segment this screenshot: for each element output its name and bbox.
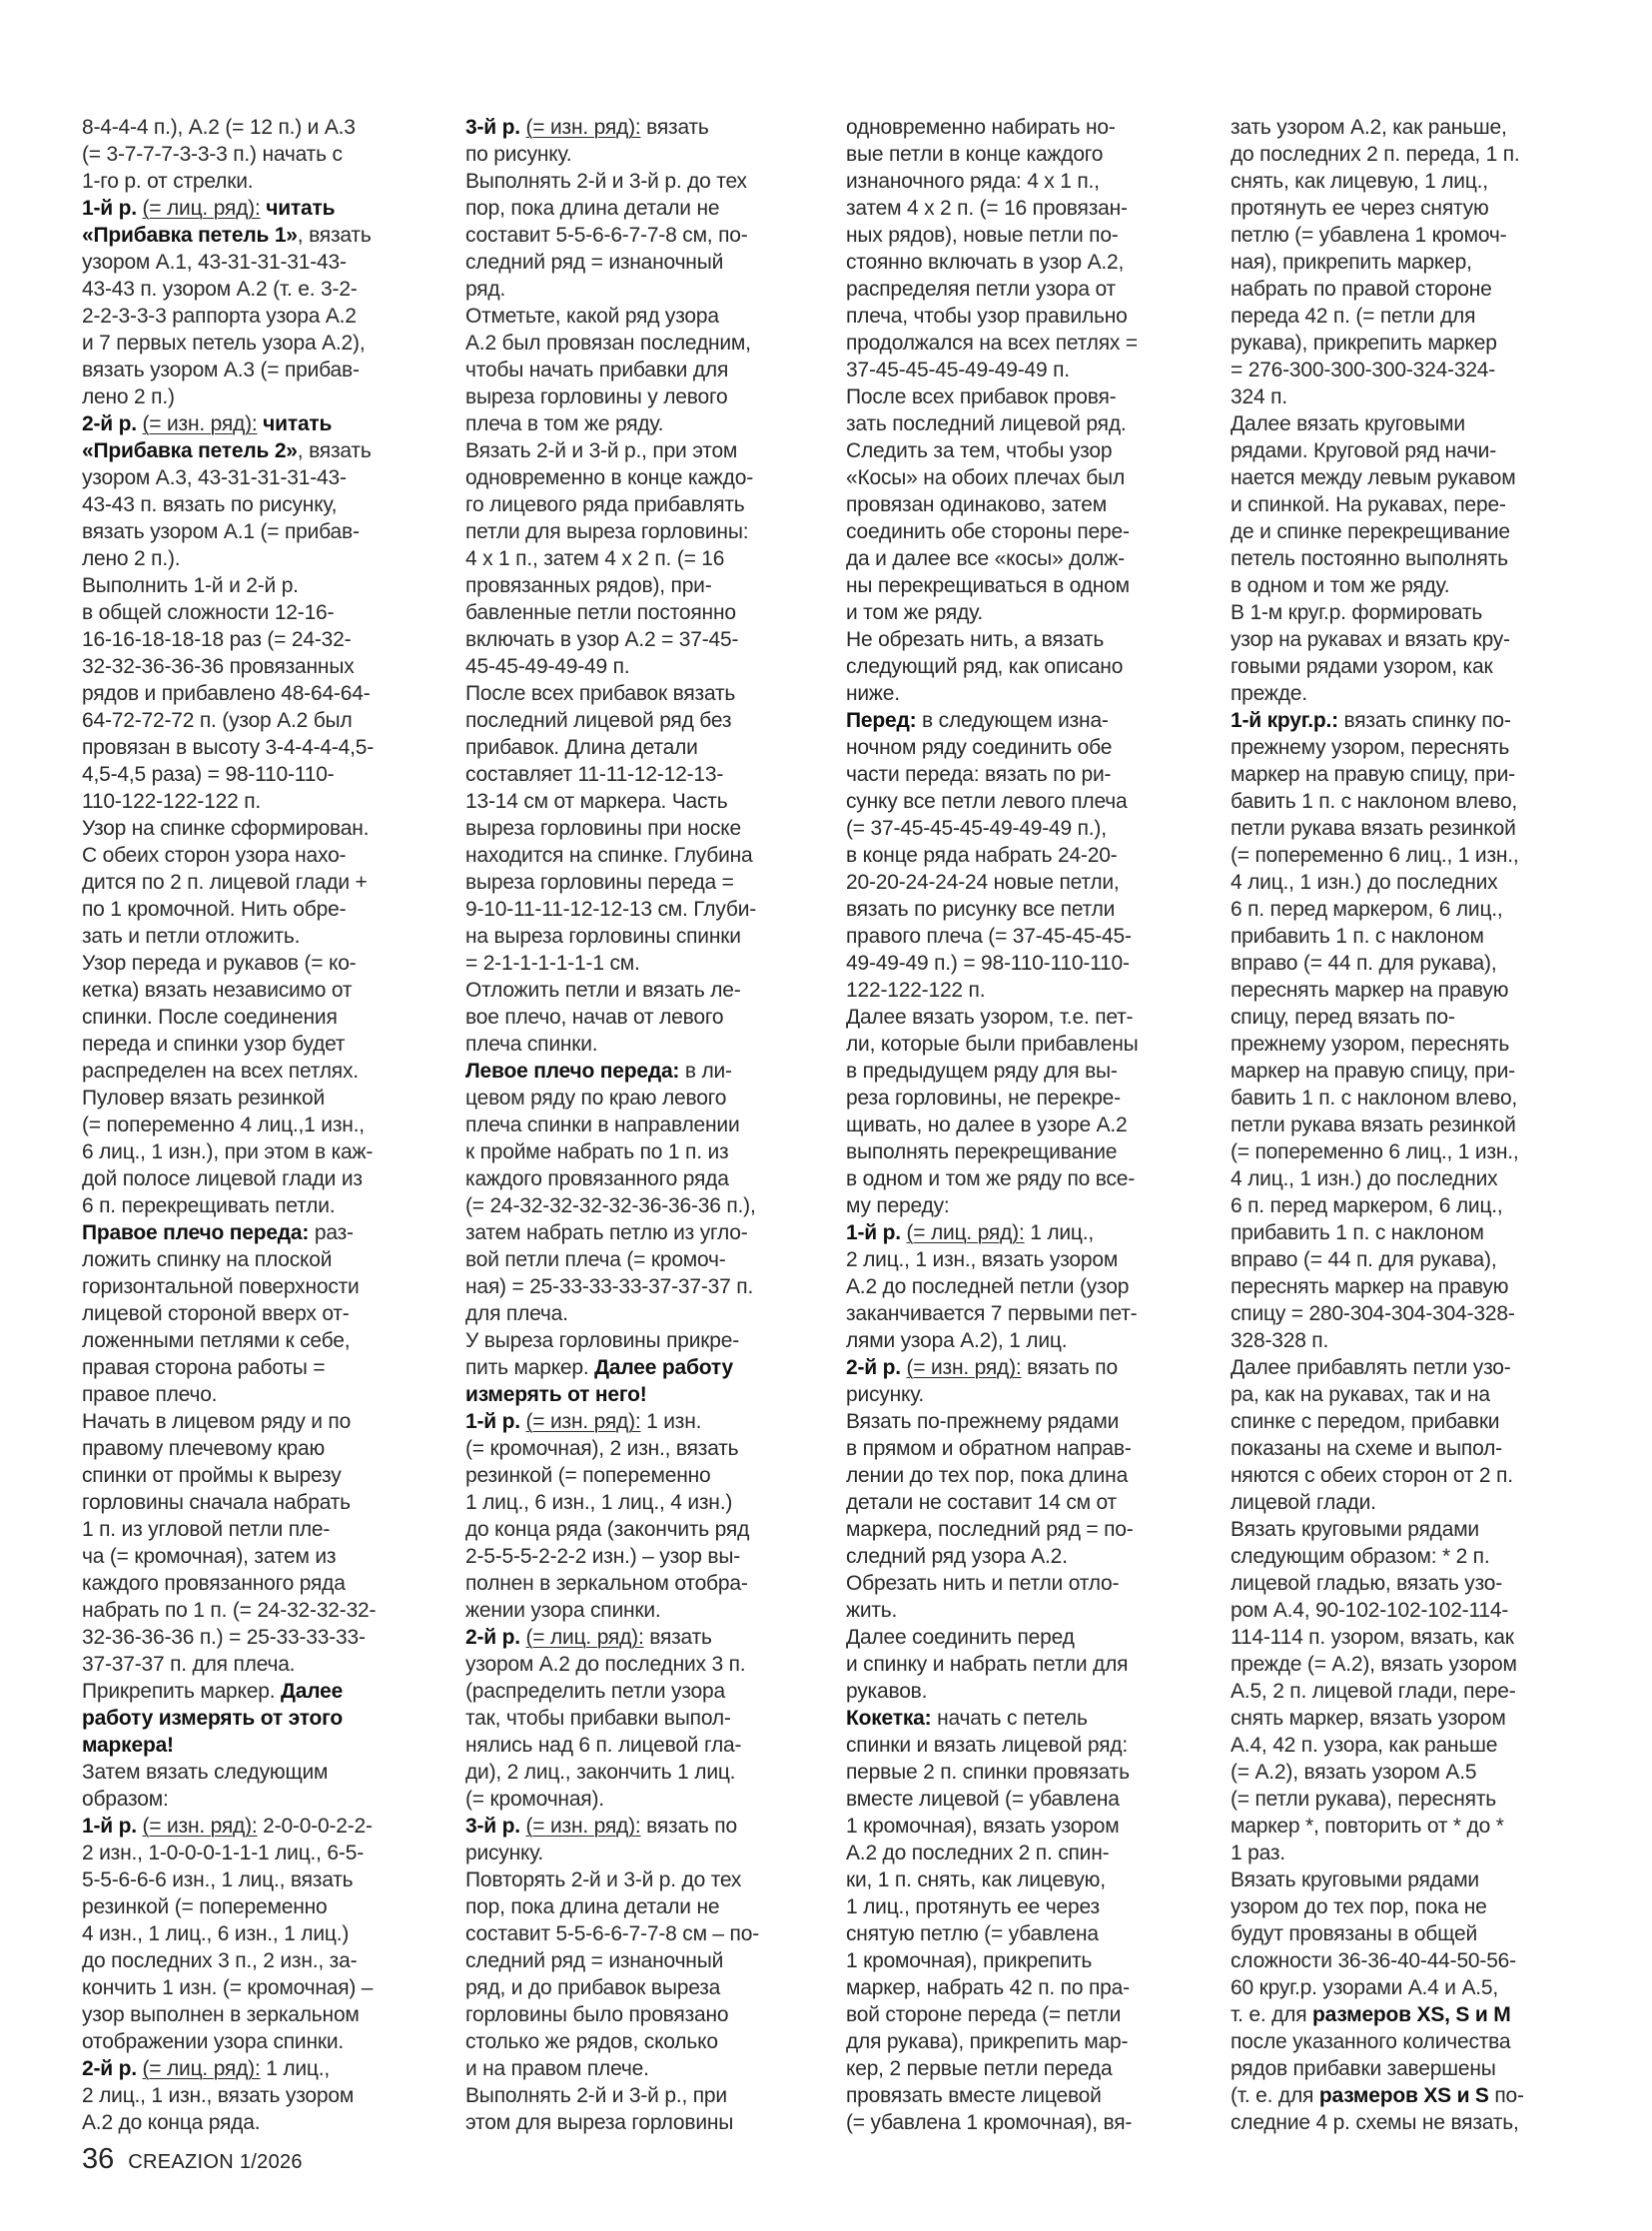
- text-segment: узором А.1, 43-31-31-31-43-: [82, 251, 347, 274]
- text-line: 1 лиц., 6 изн., 1 лиц., 4 изн.): [465, 1489, 845, 1516]
- text-line: ных рядов), новые петли по-: [846, 222, 1226, 249]
- text-line: бавить 1 п. с наклоном влево,: [1231, 1085, 1610, 1112]
- text-line: лено 2 п.).: [82, 545, 461, 572]
- text-line: и спинку и набрать петли для: [846, 1651, 1226, 1678]
- text-line: резинкой (= попеременно: [465, 1462, 845, 1489]
- text-segment: снять маркер, вязать узором: [1231, 1707, 1506, 1730]
- text-segment: Затем вязать следующим: [82, 1761, 328, 1784]
- text-line: Далее соединить перед: [846, 1624, 1226, 1651]
- bold-text: 2-й р.: [846, 1356, 907, 1379]
- text-line: выполнять перекрещивание: [846, 1138, 1226, 1165]
- text-line: одновременно набирать но-: [846, 114, 1226, 141]
- underlined-text: (= лиц. ряд):: [143, 197, 261, 220]
- text-line: вместе лицевой (= убавлена: [846, 1786, 1226, 1813]
- bold-text: измерять от него!: [465, 1383, 647, 1406]
- text-line: 122-122-122 п.: [846, 977, 1226, 1004]
- text-line: 1-й р. (= лиц. ряд): читать: [82, 195, 461, 222]
- text-line: набрать по правой стороне: [1231, 276, 1610, 303]
- text-segment: Следить за тем, чтобы узор: [846, 439, 1112, 462]
- text-line: распределен на всех петлях.: [82, 1058, 461, 1085]
- bold-text: 1-й р.: [82, 197, 143, 220]
- text-segment: включать в узор А.2 = 37-45-: [465, 628, 738, 651]
- text-line: дой полосе лицевой глади из: [82, 1165, 461, 1192]
- text-segment: резинкой (= попеременно: [82, 1895, 327, 1918]
- text-segment: (= кромочная), 2 изн., вязать: [465, 1437, 738, 1460]
- text-line: одновременно в конце каждо-: [465, 464, 845, 491]
- text-line: ночном ряду соединить обе: [846, 734, 1226, 761]
- text-line: полнен в зеркальном отобра-: [465, 1570, 845, 1597]
- underlined-text: (= изн. ряд):: [526, 116, 641, 139]
- text-segment: нялись над 6 п. лицевой гла-: [465, 1734, 741, 1757]
- text-line: ли, которые были прибавлены: [846, 1031, 1226, 1058]
- text-line: отображении узора спинки.: [82, 2028, 461, 2055]
- text-line: ряд, и до прибавок выреза: [465, 1974, 845, 2001]
- text-line: измерять от него!: [465, 1381, 845, 1408]
- text-line: Повторять 2-й и 3-й р. до тех: [465, 1866, 845, 1893]
- text-segment: ряд, и до прибавок выреза: [465, 1976, 720, 1999]
- text-segment: 1 раз.: [1231, 1842, 1285, 1864]
- text-line: ная) = 25-33-33-33-37-37-37 п.: [465, 1273, 845, 1300]
- text-segment: провязан в высоту 3-4-4-4-4,5-: [82, 736, 374, 759]
- text-line: кер, 2 первые петли переда: [846, 2055, 1226, 2082]
- text-line: «Прибавка петель 2», вязать: [82, 437, 461, 464]
- text-segment: 2-2-3-3-3 раппорта узора А.2: [82, 305, 357, 328]
- text-segment: следний ряд = изнаночный: [465, 1949, 723, 1972]
- text-line: Выполнить 1-й и 2-й р.: [82, 572, 461, 599]
- text-line: ны перекрещиваться в одном: [846, 572, 1226, 599]
- text-segment: 122-122-122 п.: [846, 979, 985, 1002]
- text-line: 8-4-4-4 п.), А.2 (= 12 п.) и А.3: [82, 114, 461, 141]
- text-segment: рядами. Круговой ряд начи-: [1231, 439, 1496, 462]
- text-line: узором до тех пор, пока не: [1231, 1893, 1610, 1920]
- text-line: 4 изн., 1 лиц., 6 изн., 1 лиц.): [82, 1920, 461, 1947]
- text-line: 2-й р. (= изн. ряд): читать: [82, 410, 461, 437]
- text-line: рядов прибавки завершены: [1231, 2055, 1610, 2082]
- text-segment: в одном и том же ряду по все-: [846, 1167, 1135, 1190]
- text-line: по рисунку.: [465, 141, 845, 168]
- text-line: (распределить петли узора: [465, 1678, 845, 1705]
- text-segment: спинке с передом, прибавки: [1231, 1410, 1499, 1433]
- text-segment: пор, пока длина детали не: [465, 1895, 719, 1918]
- bold-text: размеров XS и S: [1319, 2084, 1489, 2107]
- text-segment: 1-го р. от стрелки.: [82, 170, 253, 193]
- text-line: бавить 1 п. с наклоном влево,: [1231, 788, 1610, 815]
- text-segment: следние 4 р. схемы не вязать,: [1231, 2111, 1519, 2134]
- text-segment: реза горловины, не перекре-: [846, 1087, 1121, 1110]
- text-line: 1 кромочная), прикрепить: [846, 1947, 1226, 1974]
- text-segment: переда 42 п. (= петли для: [1231, 305, 1475, 328]
- text-segment: вправо (= 44 п. для рукава),: [1231, 1248, 1496, 1271]
- text-segment: спинки и вязать лицевой ряд:: [846, 1734, 1128, 1757]
- text-segment: провязать вместе лицевой: [846, 2084, 1102, 2107]
- text-line: спинки от проймы к вырезу: [82, 1462, 461, 1489]
- text-segment: вместе лицевой (= убавлена: [846, 1788, 1120, 1811]
- text-segment: говыми рядами узором, как: [1231, 655, 1492, 678]
- text-line: для плеча.: [465, 1300, 845, 1327]
- text-segment: ночном ряду соединить обе: [846, 736, 1112, 759]
- text-segment: маркер, набрать 42 п. по пра-: [846, 1976, 1130, 1999]
- text-segment: снятую петлю (= убавлена: [846, 1922, 1099, 1945]
- text-segment: по-: [1489, 2084, 1524, 2107]
- text-line: в одном и том же ряду.: [1231, 572, 1610, 599]
- text-segment: 32-36-36-36 п.) = 25-33-33-33-: [82, 1626, 366, 1649]
- text-line: 1-го р. от стрелки.: [82, 168, 461, 195]
- text-line: 4,5-4,5 раза) = 98-110-110-: [82, 761, 461, 788]
- text-segment: маркер на правую спицу, при-: [1231, 1060, 1515, 1083]
- bold-text: 3-й р.: [465, 116, 526, 139]
- text-segment: Узор переда и рукавов (= ко-: [82, 952, 356, 975]
- bold-text: 2-й р.: [465, 1626, 526, 1649]
- text-segment: 2-0-0-0-2-2-: [258, 1815, 373, 1838]
- text-line: А.2 до последней петли (узор: [846, 1273, 1226, 1300]
- text-line: 2-2-3-3-3 раппорта узора А.2: [82, 303, 461, 330]
- text-segment: ных рядов), новые петли по-: [846, 224, 1119, 247]
- text-line: да и далее все «косы» долж-: [846, 545, 1226, 572]
- text-line: А.2 до конца ряда.: [82, 2109, 461, 2136]
- text-segment: ли, которые были прибавлены: [846, 1033, 1139, 1056]
- text-line: (= А.2), вязать узором А.5: [1231, 1759, 1610, 1786]
- text-line: рисунку.: [465, 1840, 845, 1866]
- text-segment: прежнему узором, переснять: [1231, 1033, 1509, 1056]
- text-segment: вые петли в конце каждого: [846, 143, 1103, 166]
- text-line: 2-й р. (= лиц. ряд): 1 лиц.,: [82, 2055, 461, 2082]
- text-line: спицу = 280-304-304-304-328-: [1231, 1300, 1610, 1327]
- text-line: выреза горловины при носке: [465, 815, 845, 842]
- text-segment: изнаночного ряда: 4 х 1 п.,: [846, 170, 1100, 193]
- text-segment: лями узора А.2), 1 лиц.: [846, 1329, 1067, 1352]
- text-segment: маркер *, повторить от * до *: [1231, 1815, 1504, 1838]
- bold-text: «Прибавка петель 1»: [82, 224, 298, 247]
- text-line: маркер на правую спицу, при-: [1231, 761, 1610, 788]
- text-segment: 64-72-72-72 п. (узор А.2 был: [82, 709, 353, 732]
- text-segment: составляет 11-11-12-12-13-: [465, 763, 723, 786]
- text-segment: плеча в том же ряду.: [465, 412, 663, 435]
- text-line: После всех прибавок провя-: [846, 383, 1226, 410]
- text-segment: спинки от проймы к вырезу: [82, 1464, 342, 1487]
- text-segment: 6 п. перед маркером, 6 лиц.,: [1231, 898, 1503, 921]
- text-line: прежде.: [1231, 680, 1610, 707]
- text-line: до конца ряда (закончить ряд: [465, 1516, 845, 1543]
- text-segment: переда и спинки узор будет: [82, 1033, 345, 1056]
- text-line: Вязать по-прежнему рядами: [846, 1408, 1226, 1435]
- text-segment: до конца ряда (закончить ряд: [465, 1518, 749, 1541]
- text-segment: Отметьте, какой ряд узора: [465, 305, 719, 328]
- text-line: рядами. Круговой ряд начи-: [1231, 437, 1610, 464]
- text-line: Кокетка: начать с петель: [846, 1705, 1226, 1732]
- text-line: Правое плечо переда: раз-: [82, 1219, 461, 1246]
- text-line: няются с обеих сторон от 2 п.: [1231, 1462, 1610, 1489]
- text-segment: ложенными петлями к себе,: [82, 1329, 350, 1352]
- text-segment: спинки. После соединения: [82, 1006, 338, 1029]
- text-segment: правое плечо.: [82, 1383, 217, 1406]
- text-line: лями узора А.2), 1 лиц.: [846, 1327, 1226, 1354]
- text-segment: А.2 до последней петли (узор: [846, 1275, 1129, 1298]
- text-segment: рядов прибавки завершены: [1231, 2057, 1496, 2080]
- text-segment: Вязать по-прежнему рядами: [846, 1410, 1119, 1433]
- text-segment: будут провязаны в общей: [1231, 1922, 1477, 1945]
- text-line: (= попеременно 6 лиц., 1 изн.,: [1231, 842, 1610, 869]
- text-line: реза горловины, не перекре-: [846, 1085, 1226, 1112]
- text-segment: жить.: [846, 1599, 897, 1622]
- text-segment: следний ряд узора А.2.: [846, 1545, 1068, 1568]
- text-line: 1-й р. (= изн. ряд): 1 изн.: [465, 1408, 845, 1435]
- text-line: образом:: [82, 1786, 461, 1813]
- text-segment: лицевой гладью, вязать узо-: [1231, 1572, 1502, 1595]
- text-segment: бавить 1 п. с наклоном влево,: [1231, 790, 1517, 813]
- text-segment: детали не составит 14 см от: [846, 1491, 1117, 1514]
- text-line: маркер *, повторить от * до *: [1231, 1813, 1610, 1840]
- text-line: прибавок. Длина детали: [465, 734, 845, 761]
- text-line: и на правом плече.: [465, 2055, 845, 2082]
- text-segment: Далее прибавлять петли узо-: [1231, 1356, 1511, 1379]
- text-line: снять, как лицевую, 1 лиц.,: [1231, 168, 1610, 195]
- text-line: 4 х 1 п., затем 4 х 2 п. (= 16: [465, 545, 845, 572]
- text-segment: столько же рядов, сколько: [465, 2030, 718, 2053]
- text-segment: так, чтобы прибавки выпол-: [465, 1707, 731, 1730]
- text-line: му переду:: [846, 1192, 1226, 1219]
- text-segment: узором А.3, 43-31-31-31-43-: [82, 466, 347, 489]
- text-line: петлю (= убавлена 1 кромоч-: [1231, 222, 1610, 249]
- text-line: Далее прибавлять петли узо-: [1231, 1354, 1610, 1381]
- text-segment: плеча спинки в направлении: [465, 1114, 739, 1136]
- text-segment: ная) = 25-33-33-33-37-37-37 п.: [465, 1275, 753, 1298]
- text-line: Вязать круговыми рядами: [1231, 1866, 1610, 1893]
- text-line: Вязать круговыми рядами: [1231, 1516, 1610, 1543]
- text-line: ложить спинку на плоской: [82, 1246, 461, 1273]
- text-segment: 110-122-122-122 п.: [82, 790, 261, 813]
- text-line: 45-45-49-49-49 п.: [465, 653, 845, 680]
- text-line: плеча, чтобы узор правильно: [846, 303, 1226, 330]
- text-line: петель постоянно выполнять: [1231, 545, 1610, 572]
- text-segment: Начать в лицевом ряду и по: [82, 1410, 351, 1433]
- text-segment: ниже.: [846, 682, 900, 705]
- text-line: следние 4 р. схемы не вязать,: [1231, 2109, 1610, 2136]
- text-column-2: 3-й р. (= изн. ряд): вязатьпо рисунку.Вы…: [465, 114, 845, 2136]
- text-segment: Повторять 2-й и 3-й р. до тех: [465, 1868, 741, 1891]
- text-segment: зать узором А.2, как раньше,: [1231, 116, 1507, 139]
- text-line: А.2 до последних 2 п. спин-: [846, 1840, 1226, 1866]
- text-line: в предыдущем ряду для вы-: [846, 1058, 1226, 1085]
- text-line: части переда: вязать по ри-: [846, 761, 1226, 788]
- text-segment: 324 п.: [1231, 385, 1287, 408]
- text-segment: провязан одинаково, затем: [846, 493, 1107, 516]
- text-segment: в ли-: [679, 1060, 732, 1083]
- text-line: (= 3-7-7-7-3-3-3 п.) начать с: [82, 141, 461, 168]
- text-line: 6 лиц., 1 изн.), при этом в каж-: [82, 1138, 461, 1165]
- text-segment: 1 кромочная), вязать узором: [846, 1815, 1119, 1838]
- text-segment: (= кромочная).: [465, 1788, 604, 1811]
- text-line: следний ряд = изнаночный: [465, 1947, 845, 1974]
- text-segment: вязать по рисунку все петли: [846, 898, 1115, 921]
- text-segment: отображении узора спинки.: [82, 2030, 344, 2053]
- text-line: 2 изн., 1-0-0-0-1-1-1 лиц., 6-5-: [82, 1840, 461, 1866]
- text-line: включать в узор А.2 = 37-45-: [465, 626, 845, 653]
- text-line: 1 кромочная), вязать узором: [846, 1813, 1226, 1840]
- text-line: Далее вязать круговыми: [1231, 410, 1610, 437]
- text-line: провязать вместе лицевой: [846, 2082, 1226, 2109]
- text-segment: ряд.: [465, 278, 505, 301]
- text-segment: 6 лиц., 1 изн.), при этом в каж-: [82, 1140, 373, 1163]
- text-line: и спинкой. На рукавах, пере-: [1231, 491, 1610, 518]
- text-line: лении до тех пор, пока длина: [846, 1462, 1226, 1489]
- text-line: горизонтальной поверхности: [82, 1273, 461, 1300]
- text-segment: (= попеременно 4 лиц.,1 изн.,: [82, 1114, 365, 1136]
- text-line: ра, как на рукавах, так и на: [1231, 1381, 1610, 1408]
- text-line: детали не составит 14 см от: [846, 1489, 1226, 1516]
- text-segment: А.2 был провязан последним,: [465, 332, 751, 355]
- text-segment: 4 х 1 п., затем 4 х 2 п. (= 16: [465, 547, 724, 570]
- bold-text: 1-й р.: [82, 1815, 143, 1838]
- text-segment: продолжался на всех петлях =: [846, 332, 1138, 355]
- text-line: 1-й круг.р.: вязать спинку по-: [1231, 707, 1610, 734]
- text-segment: щивать, но далее в узоре А.2: [846, 1114, 1128, 1136]
- text-segment: вязать по: [641, 1815, 737, 1838]
- text-line: 2 лиц., 1 изн., вязать узором: [846, 1246, 1226, 1273]
- text-line: переснять маркер на правую: [1231, 1273, 1610, 1300]
- text-segment: (= убавлена 1 кромочная), вя-: [846, 2111, 1132, 2134]
- text-line: пор, пока длина детали не: [465, 195, 845, 222]
- text-line: лено 2 п.): [82, 383, 461, 410]
- text-line: вправо (= 44 п. для рукава),: [1231, 1246, 1610, 1273]
- text-segment: для рукава), прикрепить мар-: [846, 2030, 1128, 2053]
- text-line: (= 24-32-32-32-32-36-36-36 п.),: [465, 1192, 845, 1219]
- text-segment: по 1 кромочной. Нить обре-: [82, 898, 346, 921]
- text-line: ки, 1 п. снять, как лицевую,: [846, 1866, 1226, 1893]
- text-line: рукава), прикрепить маркер: [1231, 330, 1610, 357]
- text-line: протянуть ее через снятую: [1231, 195, 1610, 222]
- text-segment: 1 лиц.,: [1025, 1221, 1094, 1244]
- text-segment: петель постоянно выполнять: [1231, 547, 1508, 570]
- text-line: говыми рядами узором, как: [1231, 653, 1610, 680]
- text-line: составляет 11-11-12-12-13-: [465, 761, 845, 788]
- text-segment: лицевой глади.: [1231, 1491, 1376, 1514]
- text-line: выреза горловины переда =: [465, 869, 845, 896]
- text-column-4: зать узором А.2, как раньше,до последних…: [1231, 114, 1610, 2136]
- text-line: спинки. После соединения: [82, 1004, 461, 1031]
- text-segment: рукава), прикрепить маркер: [1231, 332, 1497, 355]
- text-line: узором А.1, 43-31-31-31-43-: [82, 249, 461, 276]
- text-line: узором А.3, 43-31-31-31-43-: [82, 464, 461, 491]
- text-segment: заканчивается 7 первыми пет-: [846, 1302, 1137, 1325]
- text-line: А.2 был провязан последним,: [465, 330, 845, 357]
- text-line: Выполнять 2-й и 3-й р., при: [465, 2082, 845, 2109]
- page-footer: 36 CREAZION 1/2026: [82, 2143, 303, 2176]
- text-segment: и на правом плече.: [465, 2057, 649, 2080]
- text-segment: 13-14 см от маркера. Часть: [465, 790, 727, 813]
- text-line: Узор переда и рукавов (= ко-: [82, 950, 461, 977]
- text-segment: 2-5-5-5-2-2-2 изн.) – узор вы-: [465, 1545, 740, 1568]
- text-column-3: одновременно набирать но-вые петли в кон…: [846, 114, 1226, 2136]
- text-segment: С обеих сторон узора нахо-: [82, 844, 346, 867]
- bold-text: 3-й р.: [465, 1815, 526, 1838]
- text-line: Далее вязать узором, т.е. пет-: [846, 1004, 1226, 1031]
- text-segment: вязать узором А.1 (= прибав-: [82, 520, 360, 543]
- text-line: в прямом и обратном направ-: [846, 1435, 1226, 1462]
- text-segment: 4,5-4,5 раза) = 98-110-110-: [82, 763, 334, 786]
- text-line: 3-й р. (= изн. ряд): вязать по: [465, 1813, 845, 1840]
- text-line: Отметьте, какой ряд узора: [465, 303, 845, 330]
- text-segment: (распределить петли узора: [465, 1680, 725, 1703]
- text-segment: У выреза горловины прикре-: [465, 1329, 739, 1352]
- text-segment: узор выполнен в зеркальном: [82, 2003, 360, 2026]
- text-line: провязан в высоту 3-4-4-4-4,5-: [82, 734, 461, 761]
- text-line: заканчивается 7 первыми пет-: [846, 1300, 1226, 1327]
- text-segment: Выполнять 2-й и 3-й р., при: [465, 2084, 727, 2107]
- bold-text: читать: [261, 197, 336, 220]
- page-number: 36: [82, 2143, 114, 2176]
- underlined-text: (= изн. ряд):: [143, 1815, 258, 1838]
- text-segment: 43-43 п. узором А.2 (т. е. 3-2-: [82, 278, 358, 301]
- text-line: 2-5-5-5-2-2-2 изн.) – узор вы-: [465, 1543, 845, 1570]
- text-segment: к пройме набрать по 1 п. из: [465, 1140, 728, 1163]
- text-line: первые 2 п. спинки провязать: [846, 1759, 1226, 1786]
- text-line: прежнему узором, переснять: [1231, 734, 1610, 761]
- text-segment: 2 изн., 1-0-0-0-1-1-1 лиц., 6-5-: [82, 1842, 364, 1864]
- text-segment: После всех прибавок вязать: [465, 682, 735, 705]
- text-line: лицевой стороной вверх от-: [82, 1300, 461, 1327]
- text-segment: кончить 1 изн. (= кромочная) –: [82, 1976, 373, 1999]
- text-line: Отложить петли и вязать ле-: [465, 977, 845, 1004]
- text-segment: набрать по правой стороне: [1231, 278, 1492, 301]
- text-segment: 16-16-18-18-18 раз (= 24-32-: [82, 628, 351, 651]
- text-segment: правому плечевому краю: [82, 1437, 325, 1460]
- text-segment: 4 изн., 1 лиц., 6 изн., 1 лиц.): [82, 1922, 349, 1945]
- text-segment: Выполнять 2-й и 3-й р. до тех: [465, 170, 747, 193]
- text-line: узором А.2 до последних 3 п.: [465, 1651, 845, 1678]
- text-line: рисунку.: [846, 1381, 1226, 1408]
- text-line: 43-43 п. узором А.2 (т. е. 3-2-: [82, 276, 461, 303]
- text-line: (= 37-45-45-45-49-49-49 п.),: [846, 815, 1226, 842]
- text-line: прибавить 1 п. с наклоном: [1231, 923, 1610, 950]
- text-line: правое плечо.: [82, 1381, 461, 1408]
- text-line: т. е. для размеров XS, S и M: [1231, 2001, 1610, 2028]
- text-line: переда и спинки узор будет: [82, 1031, 461, 1058]
- text-line: рядов и прибавлено 48-64-64-: [82, 680, 461, 707]
- text-segment: вой петли плеча (= кромоч-: [465, 1248, 726, 1271]
- text-line: каждого провязанного ряда: [465, 1165, 845, 1192]
- text-segment: вой стороне переда (= петли: [846, 2003, 1121, 2026]
- text-line: Вязать 2-й и 3-й р., при этом: [465, 437, 845, 464]
- text-segment: 20-20-24-24-24 новые петли,: [846, 871, 1120, 894]
- text-segment: 4 лиц., 1 изн.) до последних: [1231, 1167, 1497, 1190]
- text-segment: лении до тех пор, пока длина: [846, 1464, 1128, 1487]
- text-line: составит 5-5-6-6-7-7-8 см – по-: [465, 1920, 845, 1947]
- text-segment: лицевой стороной вверх от-: [82, 1302, 350, 1325]
- text-segment: в конце ряда набрать 24-20-: [846, 844, 1117, 867]
- text-segment: дится по 2 п. лицевой глади +: [82, 871, 368, 894]
- text-line: цевом ряду по краю левого: [465, 1085, 845, 1112]
- text-segment: бавленные петли постоянно: [465, 601, 736, 624]
- text-line: вой петли плеча (= кромоч-: [465, 1246, 845, 1273]
- text-line: 4 лиц., 1 изн.) до последних: [1231, 869, 1610, 896]
- text-line: (= петли рукава), переснять: [1231, 1786, 1610, 1813]
- text-line: 110-122-122-122 п.: [82, 788, 461, 815]
- text-segment: прежнему узором, переснять: [1231, 736, 1509, 759]
- text-segment: и спинку и набрать петли для: [846, 1653, 1128, 1676]
- text-segment: 9-10-11-11-12-12-13 см. Глуби-: [465, 898, 756, 921]
- text-line: де и спинке перекрещивание: [1231, 518, 1610, 545]
- text-segment: маркера, последний ряд = по-: [846, 1518, 1134, 1541]
- text-segment: А.4, 42 п. узора, как раньше: [1231, 1734, 1497, 1757]
- text-segment: в следующем изна-: [916, 709, 1108, 732]
- text-segment: одновременно в конце каждо-: [465, 466, 753, 489]
- text-line: (т. е. для размеров XS и S по-: [1231, 2082, 1610, 2109]
- text-segment: Вязать круговыми рядами: [1231, 1868, 1479, 1891]
- text-line: нается между левым рукавом: [1231, 464, 1610, 491]
- text-segment: 32-32-36-36-36 провязанных: [82, 655, 355, 678]
- text-segment: ки, 1 п. снять, как лицевую,: [846, 1868, 1106, 1891]
- text-line: соединить обе стороны пере-: [846, 518, 1226, 545]
